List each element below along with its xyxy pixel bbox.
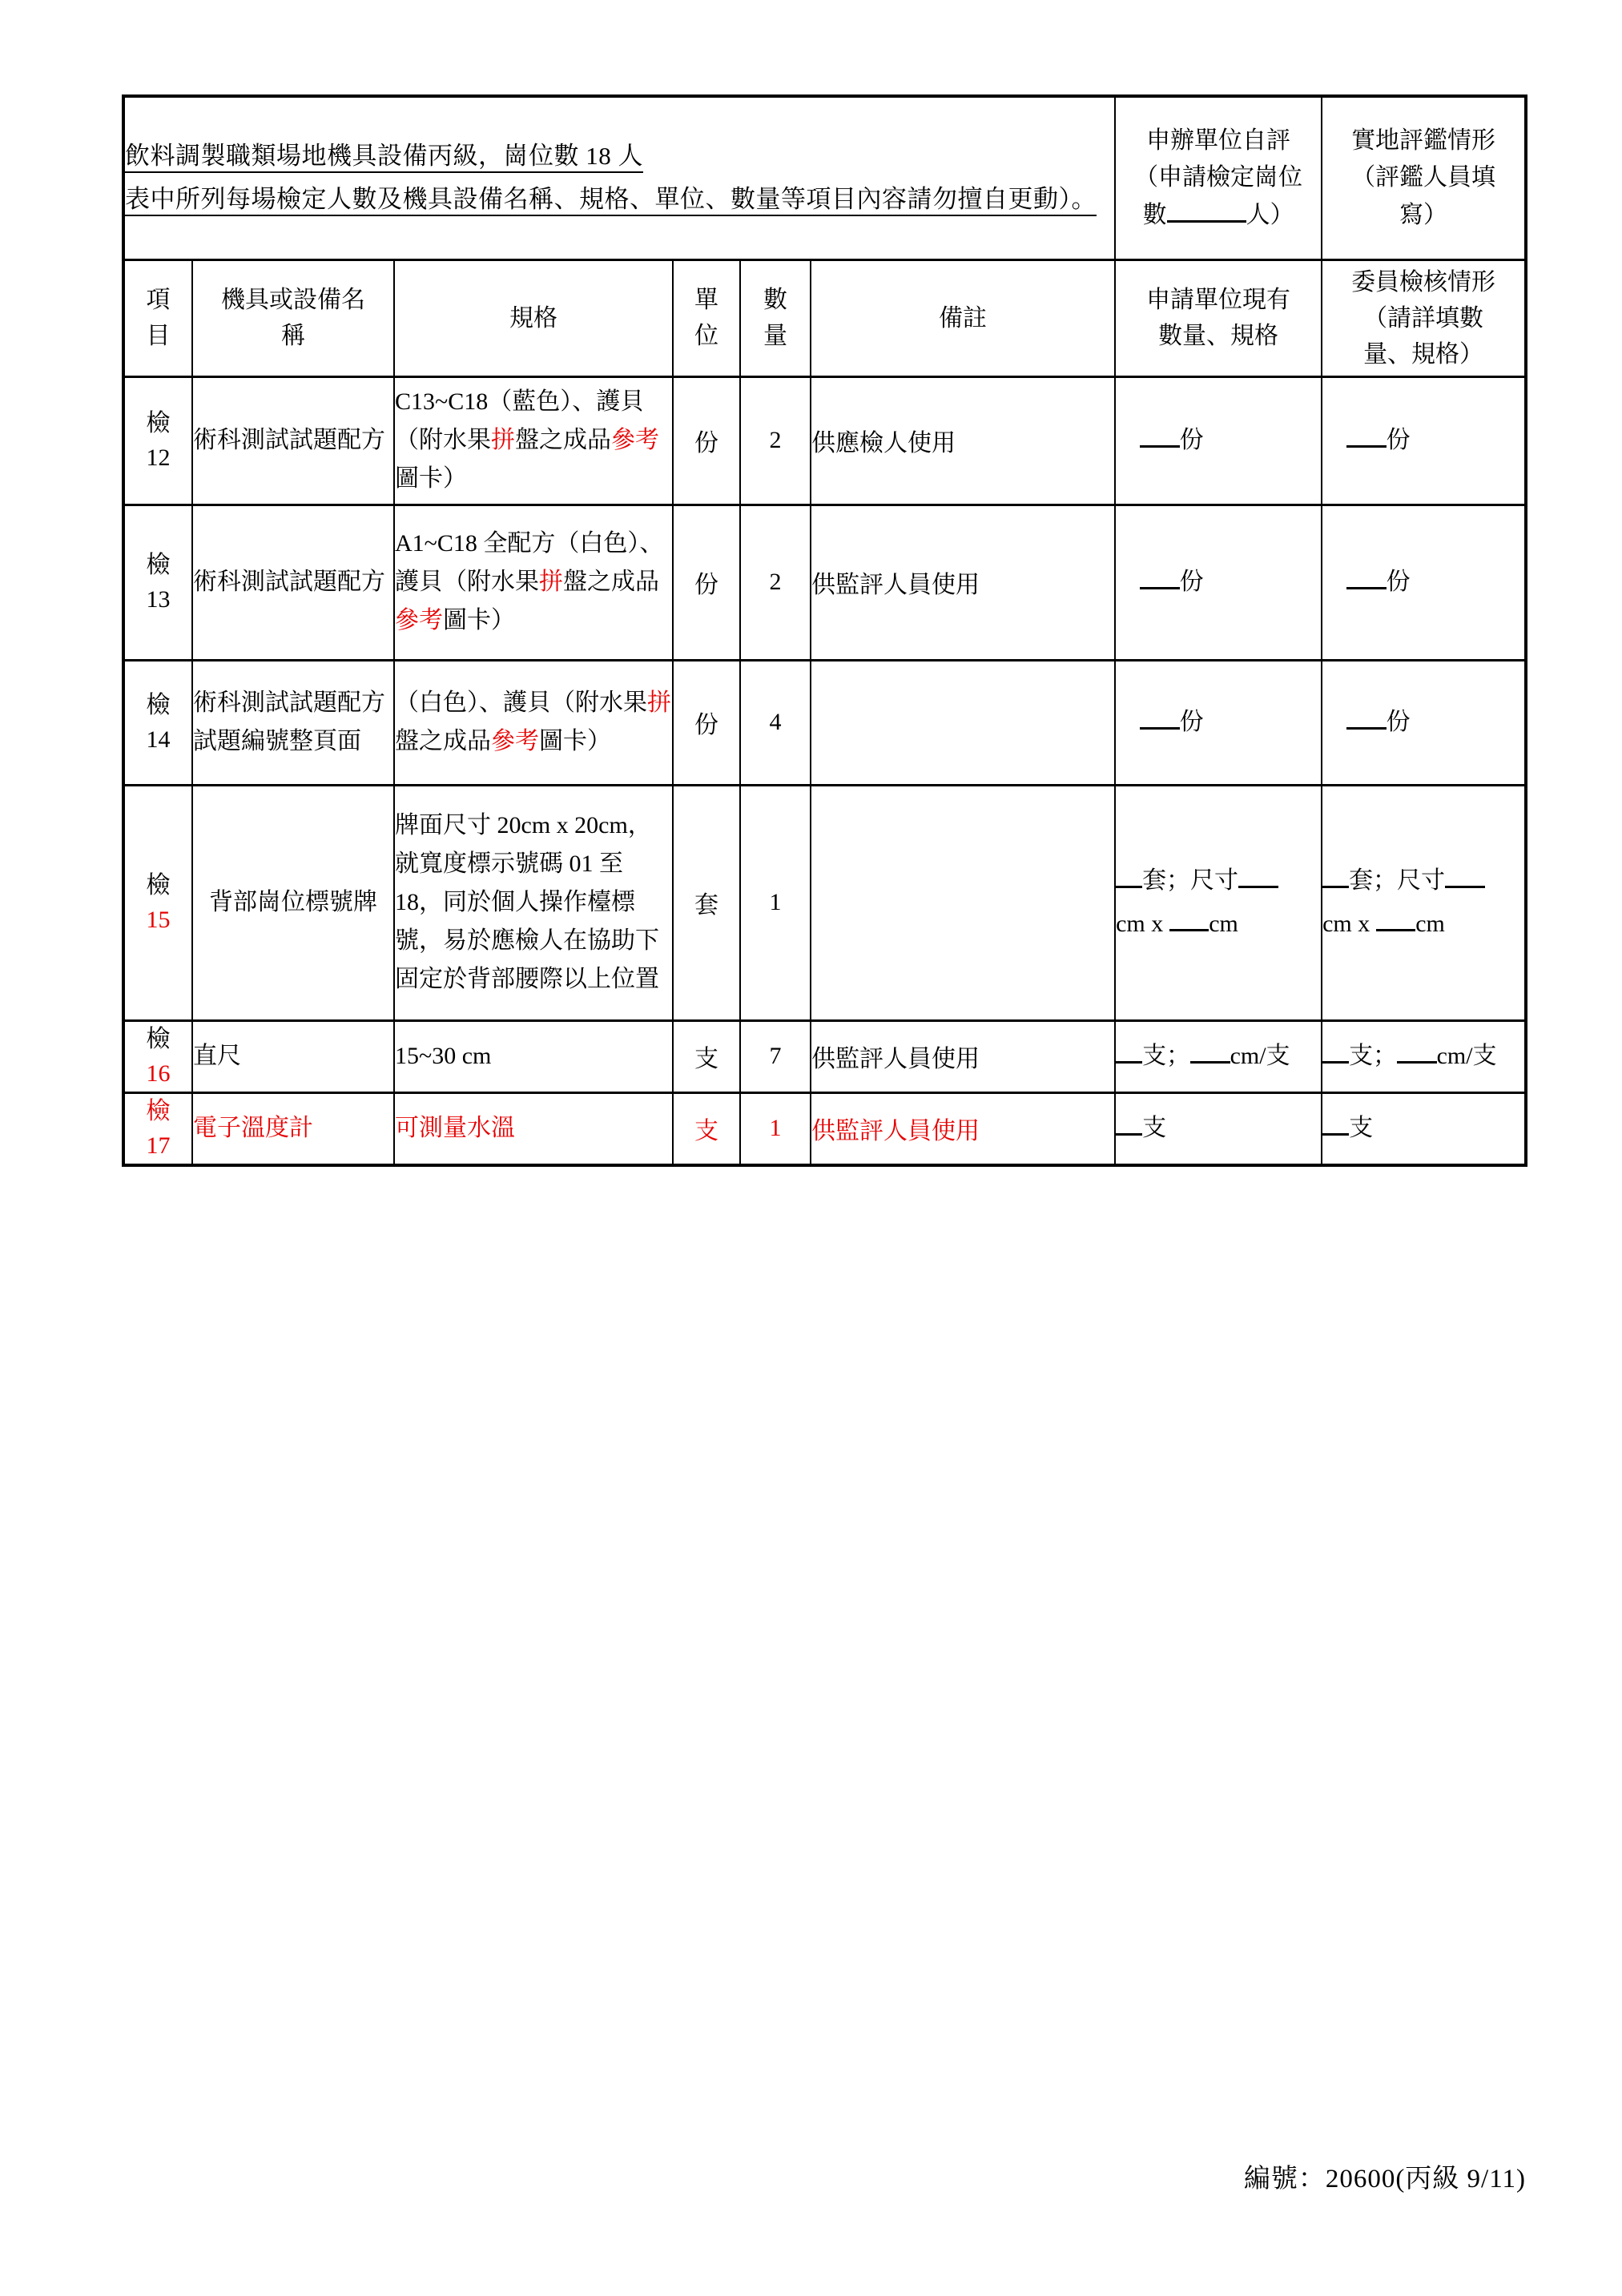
spec-cell: （白色）、護貝（附水果拼盤之成品參考圖卡） xyxy=(394,660,673,785)
column-header-spec: 規格 xyxy=(394,259,673,376)
column-header-committee-check: 委員檢核情形 （請詳填數 量、規格） xyxy=(1322,259,1526,376)
qty-cell: 7 xyxy=(740,1020,811,1092)
column-header-row: 項 目 機具或設備名 稱 規格 單 位 數 量 備註 申請單位現有 數量、規格 … xyxy=(123,259,1526,376)
self-eval-cell: 支 xyxy=(1115,1092,1322,1165)
table-title-line2: 表中所列每場檢定人數及機具設備名稱、規格、單位、數量等項目內容請勿擅自更動）。 xyxy=(125,178,1097,221)
item-cell: 檢13 xyxy=(123,505,192,660)
committee-check-cell: 套；尺寸cm x cm xyxy=(1322,785,1526,1020)
note-cell: 供監評人員使用 xyxy=(811,1020,1115,1092)
spec-cell: C13~C18（藍色）、護貝（附水果拼盤之成品參考圖卡） xyxy=(394,376,673,505)
qty-cell: 2 xyxy=(740,376,811,505)
spec-cell: 可測量水溫 xyxy=(394,1092,673,1165)
table-row: 檢15背部崗位標號牌牌面尺寸 20cm x 20cm，就寬度標示號碼 01 至 … xyxy=(123,785,1526,1020)
item-cell: 檢14 xyxy=(123,660,192,785)
fill-in-blank xyxy=(1140,445,1180,448)
item-cell: 檢15 xyxy=(123,785,192,1020)
header-onsite-eval: 實地評鑑情形（評鑑人員填寫） xyxy=(1322,96,1526,259)
fill-in-blank xyxy=(1116,886,1142,888)
self-eval-cell: 套；尺寸cm x cm xyxy=(1115,785,1322,1020)
column-header-applicant-qty: 申請單位現有 數量、規格 xyxy=(1115,259,1322,376)
header-self-eval: 申辦單位自評（申請檢定崗位數人） xyxy=(1115,96,1322,259)
table-row: 檢17電子溫度計可測量水溫支1供監評人員使用支支 xyxy=(123,1092,1526,1165)
item-cell: 檢17 xyxy=(123,1092,192,1165)
qty-cell: 2 xyxy=(740,505,811,660)
unit-cell: 份 xyxy=(673,376,740,505)
fill-in-blank xyxy=(1167,220,1246,223)
qty-cell: 1 xyxy=(740,1092,811,1165)
unit-cell: 套 xyxy=(673,785,740,1020)
fill-in-blank xyxy=(1445,886,1485,888)
committee-check-cell: 份 xyxy=(1322,660,1526,785)
page-number: 編號：20600(丙級 9/11) xyxy=(122,2157,1526,2195)
unit-cell: 份 xyxy=(673,660,740,785)
committee-check-cell: 份 xyxy=(1322,376,1526,505)
qty-cell: 4 xyxy=(740,660,811,785)
table-row: 檢16直尺15~30 cm支7供監評人員使用支；cm/支支；cm/支 xyxy=(123,1020,1526,1092)
fill-in-blank xyxy=(1346,445,1387,448)
unit-cell: 份 xyxy=(673,505,740,660)
committee-check-cell: 支；cm/支 xyxy=(1322,1020,1526,1092)
column-header-equipment-name: 機具或設備名 稱 xyxy=(192,259,394,376)
self-eval-cell: 份 xyxy=(1115,376,1322,505)
fill-in-blank xyxy=(1346,727,1387,730)
note-cell: 供監評人員使用 xyxy=(811,1092,1115,1165)
committee-check-cell: 支 xyxy=(1322,1092,1526,1165)
name-cell: 術科測試試題配方 xyxy=(192,376,394,505)
name-cell: 術科測試試題配方 xyxy=(192,505,394,660)
column-header-qty: 數 量 xyxy=(740,259,811,376)
table-row: 檢13術科測試試題配方A1~C18 全配方（白色）、護貝（附水果拼盤之成品參考圖… xyxy=(123,505,1526,660)
table-row: 檢12術科測試試題配方C13~C18（藍色）、護貝（附水果拼盤之成品參考圖卡）份… xyxy=(123,376,1526,505)
committee-check-cell: 份 xyxy=(1322,505,1526,660)
table-title-line1: 飲料調製職類場地機具設備丙級，崗位數 18 人 xyxy=(125,135,643,178)
fill-in-blank xyxy=(1190,1061,1230,1064)
fill-in-blank xyxy=(1376,929,1416,931)
spec-cell: 15~30 cm xyxy=(394,1020,673,1092)
item-cell: 檢16 xyxy=(123,1020,192,1092)
table-title-cell: 飲料調製職類場地機具設備丙級，崗位數 18 人 表中所列每場檢定人數及機具設備名… xyxy=(123,96,1115,259)
fill-in-blank xyxy=(1140,587,1180,589)
spec-cell: A1~C18 全配方（白色）、護貝（附水果拼盤之成品參考圖卡） xyxy=(394,505,673,660)
equipment-table: 飲料調製職類場地機具設備丙級，崗位數 18 人 表中所列每場檢定人數及機具設備名… xyxy=(122,94,1527,1167)
fill-in-blank xyxy=(1116,1133,1142,1136)
fill-in-blank xyxy=(1322,1133,1349,1136)
name-cell: 背部崗位標號牌 xyxy=(192,785,394,1020)
note-cell: 供應檢人使用 xyxy=(811,376,1115,505)
fill-in-blank xyxy=(1322,886,1349,888)
note-cell xyxy=(811,785,1115,1020)
self-eval-cell: 支；cm/支 xyxy=(1115,1020,1322,1092)
column-header-note: 備註 xyxy=(811,259,1115,376)
self-eval-cell: 份 xyxy=(1115,505,1322,660)
qty-cell: 1 xyxy=(740,785,811,1020)
name-cell: 直尺 xyxy=(192,1020,394,1092)
title-row: 飲料調製職類場地機具設備丙級，崗位數 18 人 表中所列每場檢定人數及機具設備名… xyxy=(123,96,1526,259)
spec-cell: 牌面尺寸 20cm x 20cm，就寬度標示號碼 01 至 18，同於個人操作檯… xyxy=(394,785,673,1020)
table-row: 檢14術科測試試題配方試題編號整頁面（白色）、護貝（附水果拼盤之成品參考圖卡）份… xyxy=(123,660,1526,785)
fill-in-blank xyxy=(1169,929,1209,931)
unit-cell: 支 xyxy=(673,1092,740,1165)
item-cell: 檢12 xyxy=(123,376,192,505)
unit-cell: 支 xyxy=(673,1020,740,1092)
fill-in-blank xyxy=(1397,1061,1437,1064)
fill-in-blank xyxy=(1238,886,1278,888)
name-cell: 電子溫度計 xyxy=(192,1092,394,1165)
document-page: { "colors": { "text": "#000000", "red": … xyxy=(0,0,1622,2296)
note-cell xyxy=(811,660,1115,785)
column-header-item: 項 目 xyxy=(123,259,192,376)
note-cell: 供監評人員使用 xyxy=(811,505,1115,660)
self-eval-cell: 份 xyxy=(1115,660,1322,785)
fill-in-blank xyxy=(1346,587,1387,589)
fill-in-blank xyxy=(1140,727,1180,730)
fill-in-blank xyxy=(1322,1061,1349,1064)
fill-in-blank xyxy=(1116,1061,1142,1064)
name-cell: 術科測試試題配方試題編號整頁面 xyxy=(192,660,394,785)
column-header-unit: 單 位 xyxy=(673,259,740,376)
equipment-table-body: 飲料調製職類場地機具設備丙級，崗位數 18 人 表中所列每場檢定人數及機具設備名… xyxy=(123,96,1526,1165)
